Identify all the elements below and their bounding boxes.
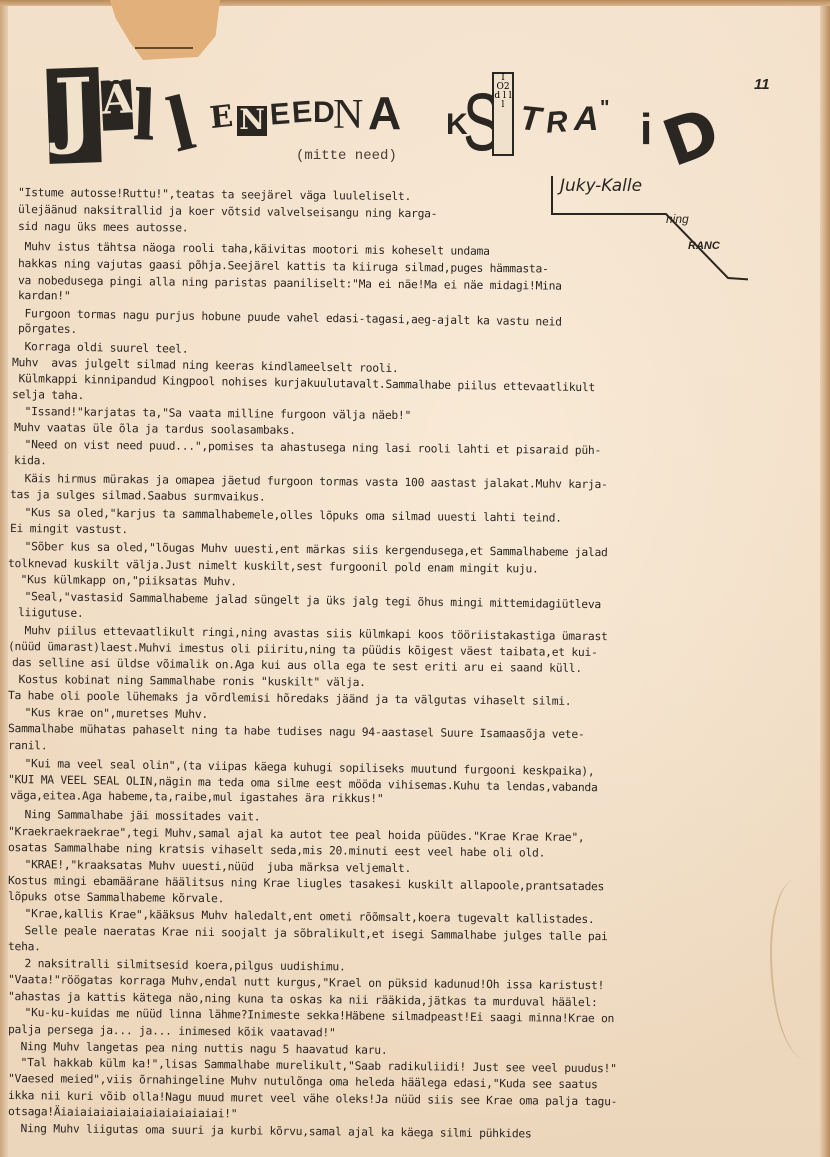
story-line: Ning Sammalhabe jäi mossitades vait. — [18, 808, 261, 824]
story-line: va nobedusega pingi alla ning paristas p… — [18, 274, 562, 293]
story-line: "Istume autosse!Ruttu!",teatas ta seejär… — [18, 186, 411, 203]
story-line: "Kus krae on",muretses Muhv. — [18, 706, 208, 721]
story-line: tas ja sulges silmad.Saabus surmvaikus. — [10, 488, 266, 504]
story-line: "Sõber kus sa oled,"lõugas Muhv uuesti,e… — [18, 540, 608, 559]
story-line: sid nagu üks mees autosse. — [18, 220, 188, 234]
story-line: Muhv istus tähtsa näoga rooli taha,käivi… — [18, 240, 490, 258]
story-line: "Vaesed meied",viis õrnahingeline Muhv n… — [8, 1072, 598, 1091]
story-line: "Issand!"karjatas ta,"Sa vaata milline f… — [18, 405, 411, 422]
story-line: Ei mingit vastust. — [10, 522, 128, 536]
story-line: palja persega ja... ja... inimesed kõik … — [8, 1023, 336, 1039]
story-body: "Istume autosse!Ruttu!",teatas ta seejär… — [0, 0, 830, 1157]
story-line: Ning Muhv liigutas oma suuri ja kurbi kõ… — [14, 1122, 532, 1140]
story-line: põrgates. — [18, 322, 77, 336]
story-line: "Vaata!"röögatas korraga Muhv,endal nutt… — [8, 973, 604, 992]
story-line: Selle peale naeratas Krae nii soojalt ja… — [18, 924, 608, 943]
story-line: Muhv vaatas üle õla ja tardus soolasamba… — [14, 421, 296, 437]
story-line: liigutuse. — [18, 606, 84, 620]
story-line: "Krae,kallis Krae",kääksus Muhv haledalt… — [18, 907, 595, 926]
story-line: "Kus sa oled,"karjus ta sammalhabemele,o… — [18, 506, 562, 525]
story-line: väga,eitea.Aga habeme,ta,raibe,mul igast… — [10, 789, 384, 805]
story-line: Korraga oldi suurel teel. — [18, 340, 189, 356]
story-line: ülejäänud naksitrallid ja koer võtsid va… — [18, 203, 437, 220]
story-line: Ta habe oli poole lühemaks ja võrdlemisi… — [8, 689, 572, 708]
story-line: Ning Muhv langetas pea ning nuttis nagu … — [14, 1040, 388, 1057]
story-line: ranil. — [8, 739, 47, 752]
story-line: Kostus kobinat ning Sammalhabe ronis "ku… — [12, 673, 366, 689]
story-line: Külmkappi kinnipandud Kingpool nohises k… — [12, 372, 595, 394]
story-line: "Seal,"vastasid Sammalhabeme jalad sünge… — [18, 590, 601, 611]
story-line: "KRAE!,"kraaksatas Muhv uuesti,nüüd juba… — [18, 858, 411, 875]
document-page: J Ä l l E N E E D N A K S I O2 d l l l T… — [0, 0, 830, 1157]
story-line: "Need on vist need puud...",pomises ta a… — [18, 438, 601, 457]
story-line: teha. — [8, 940, 41, 953]
story-line: "Ku-ku-kuidas me nüüd linna lähme?Inimes… — [18, 1006, 614, 1025]
story-line: "Kus külmkapp on,"piiksatas Muhv. — [14, 573, 237, 588]
story-line: kardan!" — [18, 289, 71, 303]
story-line: kida. — [14, 454, 47, 467]
story-line: osatas Sammalhabe ning kratsis vihaselt … — [8, 841, 545, 860]
story-line: Sammalhabe mühatas pahaselt ning ta habe… — [8, 722, 585, 741]
story-line: lõpuks otse Sammalhabeme kõrvale. — [8, 890, 224, 905]
story-line: selja taha. — [12, 388, 84, 402]
story-line: hakkas ning vajutas gaasi põhja.Seejärel… — [18, 257, 549, 276]
story-line: otsaga!Äiaiaiaiaiaiaiaiaiaiaiaiai!" — [8, 1105, 237, 1120]
story-line: tolknevad kuskilt välja.Just nimelt kusk… — [8, 557, 539, 576]
story-line: Furgoon tormas nagu purjus hobune puude … — [18, 307, 562, 329]
story-line: 2 naksitralli silmitsesid koera,pilgus u… — [18, 957, 346, 973]
story-line: das selline asi üldse võimalik on.Aga ku… — [12, 656, 582, 675]
